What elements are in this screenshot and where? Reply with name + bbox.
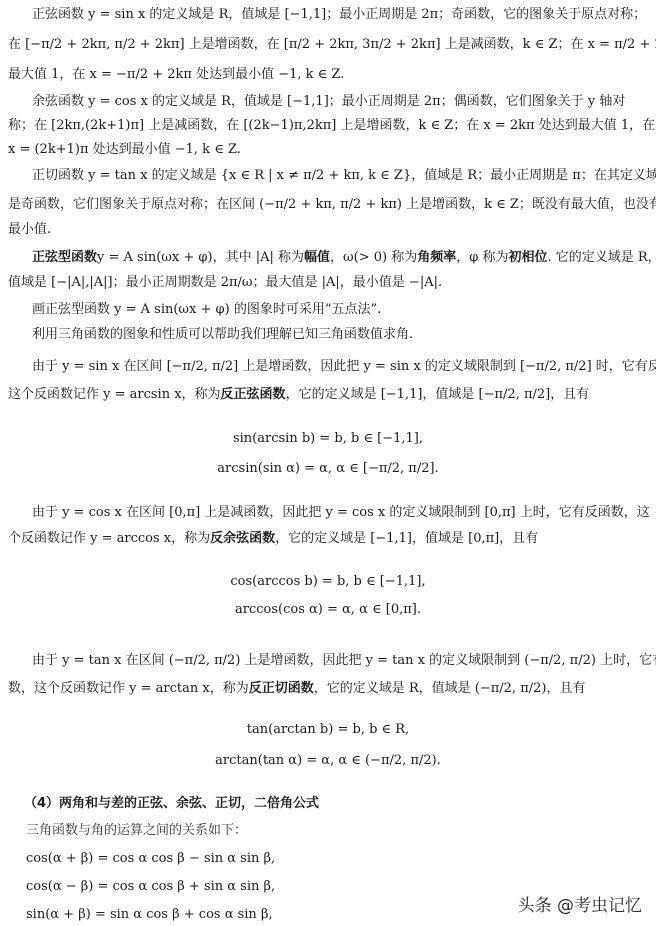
- arcsin-equation-1: sin(arcsin b) = b, b ∈ [−1,1],: [0, 430, 656, 448]
- section-4-heading: （4）两角和与差的正弦、余弦、正切，二倍角公式: [0, 795, 656, 813]
- section-4-intro: 三角函数与角的运算之间的关系如下：: [0, 822, 656, 840]
- arccos-text-b: ，它的定义域是 [−1,1]，值域是 [0,π]，且有: [275, 531, 538, 546]
- sinusoid-line-4: 利用三角函数的图象和性质可以帮助我们理解已知三角函数值求角.: [0, 326, 656, 344]
- term-phase: 初相位: [508, 250, 547, 265]
- arcsin-line-1: 由于 y = sin x 在区间 [−π/2, π/2] 上是增函数，因此把 y…: [0, 358, 656, 376]
- sinusoid-line-1: 正弦型函数y = A sin(ωx + φ)，其中 |A| 称为幅值，ω(> 0…: [0, 249, 656, 267]
- sinusoid-line-2: 值域是 [−|A|,|A|]；最小正周期数是 2π/ω；最大值是 |A|，最小值…: [0, 274, 656, 292]
- arccos-line-2: 个反函数记作 y = arccos x，称为反余弦函数，它的定义域是 [−1,1…: [0, 530, 656, 548]
- sine-line-3: 最大值 1，在 x = −π/2 + 2kπ 处达到最小值 −1, k ∈ Z.: [0, 66, 656, 84]
- arccos-equation-1: cos(arccos b) = b, b ∈ [−1,1],: [0, 573, 656, 591]
- tangent-line-3: 最小值.: [0, 221, 656, 239]
- arcsin-text-a: 这个反函数记作 y = arcsin x，称为: [8, 387, 221, 402]
- watermark: 头条 @考虫记忆: [518, 891, 642, 916]
- arctan-equation-1: tan(arctan b) = b, b ∈ R,: [0, 721, 656, 739]
- tangent-line-1: 正切函数 y = tan x 的定义域是 {x ∈ R | x ≠ π/2 + …: [0, 167, 656, 185]
- sine-line-1: 正弦函数 y = sin x 的定义域是 R，值域是 [−1,1]；最小正周期是…: [0, 6, 656, 24]
- term-amplitude: 幅值: [304, 250, 330, 265]
- term-arcsin: 反正弦函数: [221, 387, 286, 402]
- arctan-line-1: 由于 y = tan x 在区间 (−π/2, π/2) 上是增函数，因此把 y…: [0, 652, 656, 670]
- cosine-line-2: 称；在 [2kπ,(2k+1)π] 上是减函数，在 [(2k−1)π,2kπ] …: [0, 117, 656, 135]
- sinusoid-text-b: ，ω(> 0) 称为: [330, 250, 417, 265]
- sinusoid-text-a: y = A sin(ωx + φ)，其中 |A| 称为: [97, 250, 304, 265]
- sinusoid-line-3: 画正弦型函数 y = A sin(ωx + φ) 的图象时可采用“五点法”.: [0, 301, 656, 319]
- sine-line-2: 在 [−π/2 + 2kπ, π/2 + 2kπ] 上是增函数，在 [π/2 +…: [0, 36, 656, 54]
- arctan-text-a: 数，这个反函数记作 y = arctan x，称为: [8, 681, 249, 696]
- arccos-line-1: 由于 y = cos x 在区间 [0,π] 上是减函数，因此把 y = cos…: [0, 504, 656, 522]
- arcsin-equation-2: arcsin(sin α) = α, α ∈ [−π/2, π/2].: [0, 460, 656, 478]
- formula-cos-sum: cos(α + β) = cos α cos β − sin α sin β,: [0, 850, 656, 868]
- arccos-text-a: 个反函数记作 y = arccos x，称为: [8, 531, 210, 546]
- arctan-text-b: ，它的定义域是 R，值域是 (−π/2, π/2)，且有: [314, 681, 586, 696]
- arcsin-line-2: 这个反函数记作 y = arcsin x，称为反正弦函数，它的定义域是 [−1,…: [0, 386, 656, 404]
- term-sinusoid: 正弦型函数: [32, 250, 97, 265]
- term-arccos: 反余弦函数: [210, 531, 275, 546]
- arctan-line-2: 数，这个反函数记作 y = arctan x，称为反正切函数，它的定义域是 R，…: [0, 680, 656, 698]
- cosine-line-3: x = (2k+1)π 处达到最小值 −1, k ∈ Z.: [0, 141, 656, 159]
- arcsin-text-b: ，它的定义域是 [−1,1]，值域是 [−π/2, π/2]，且有: [286, 387, 590, 402]
- sinusoid-text-d: . 它的定义域是 R，: [547, 250, 656, 265]
- arctan-equation-2: arctan(tan α) = α, α ∈ (−π/2, π/2).: [0, 752, 656, 770]
- cosine-line-1: 余弦函数 y = cos x 的定义域是 R，值域是 [−1,1]；最小正周期是…: [0, 93, 656, 111]
- sinusoid-text-c: ，φ 称为: [456, 250, 508, 265]
- tangent-line-2: 是奇函数，它们图象关于原点对称；在区间 (−π/2 + kπ, π/2 + kπ…: [0, 196, 656, 214]
- term-arctan: 反正切函数: [249, 681, 314, 696]
- arccos-equation-2: arccos(cos α) = α, α ∈ [0,π].: [0, 601, 656, 619]
- term-frequency: 角频率: [417, 250, 456, 265]
